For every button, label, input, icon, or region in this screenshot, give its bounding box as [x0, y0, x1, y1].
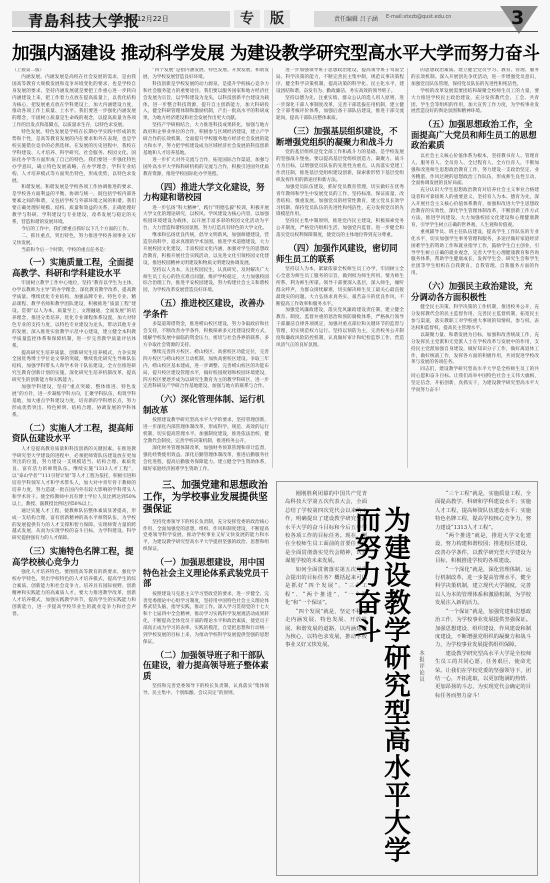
paragraph: 多渠道筹措资金，推进崂山校区建设，努力争取政府和社会支持，不断改善办学条件，积极… [143, 322, 269, 350]
subheading: （三）实施特色名牌工程，提高学校核心竞争力 [12, 546, 136, 567]
paragraph: 今后的工作中，我们要重点抓好以下几个方面的工作。 [12, 227, 136, 234]
continuation-tag: （上接第二版） [12, 68, 136, 75]
subheading: （四）推进大学文化建设，努力构建和谐校园 [143, 182, 269, 203]
paragraph: 按照建设马克思主义学习型政党的要求，进一步健全、完善党委理论中心组学习制度，坚持… [143, 592, 269, 647]
paragraph: 通过实施人才工程，使教师队伍整体素质显著提高，形成一支结构合理、富有创新精神的高… [12, 509, 136, 544]
subheading: （二）加强领导班子和干部队伍建设，着力提高领导班子整体素质 [143, 650, 269, 682]
paragraph: 当前和今后一个时期，学校的重点任务是： [12, 248, 136, 255]
paragraph: “四个发展”是指内涵发展、特色发展、开放发展、和谐发展，为学校发展营造良好环境。 [143, 68, 269, 82]
paragraph: 科技创新是学校发展的动力源泉，是提升学校核心竞争力和社会服务能力的重要途径。我们… [143, 82, 269, 123]
commentary-text-right: “三个工程”就是，实施质量工程，全面提高教学、科研和学科建设水平；实施人才工程，… [435, 490, 531, 870]
paragraph: 提高研究生培养质量，创新研究生培养模式，力争实现全国优秀博士学位论文零的突破，继… [12, 351, 136, 386]
article-column-1: （上接第二版） 内涵发展。内涵发展是高校在社会发展的需求，是由我国高等教育大规模… [12, 68, 136, 883]
paragraph: “一个保证”就是，加强党建和思想政治工作，为学校事业发展提供坚强保证。加强思想建… [435, 608, 531, 650]
commentary-title: 为建设教学研究型高水平大学而努力奋斗 [381, 506, 409, 875]
paragraph: 人才是提高教育质量和科技创新的关键因素。在推进教学研究型大学建设的进程中，必须把… [12, 447, 136, 509]
section-label-char-2: 版 [264, 10, 290, 28]
paragraph: 加强党员队伍建设，抓好党员教育管理，切实做好在优秀青年教师和学生中发展党员的工作… [276, 185, 404, 220]
paragraph: 进一步加强领导班子思想政治建设，提高领导班子驾驭全局、科学决策的能力，不断完善民… [276, 68, 404, 96]
paragraph: 强化人才培养特色。要围绕高等教育的新要求，强化学校办学特色，突出学校特色的人才培… [12, 570, 136, 618]
section-label: 专 版 [234, 10, 290, 28]
paragraph: 牢固树立教学工作中心地位，坚持“教育以学生为主体，办学以教师为主导”的办学理念，… [12, 281, 136, 350]
paragraph: 坚持党委领导下的校长负责制，充分发挥党委的政治核心作用，全面加强党的思想、组织、… [143, 520, 269, 555]
paragraph: 和谐发展。和谐发展是学校各项工作协调推进的要求，是学校各方面利益的平衡、协调与统… [12, 185, 136, 226]
subheading: （六）深化管理体制、运行机制改革 [143, 394, 269, 415]
section-label-char-1: 专 [234, 10, 260, 28]
paragraph: 同志们，建设教学研究型高水平大学是全校师生员工的共同心愿和奋斗目标。让我们高举中… [411, 367, 539, 395]
paragraph: 重视辅导员、班主任队伍建设，提高学生工作队伍的专业化水平，切实加强学生事务管理和… [411, 230, 539, 278]
subheading: （一）实施质量工程，全面提高教学、科研和学科建设水平 [12, 257, 136, 278]
responsible-editor: 责任编辑 吕子涵 [334, 14, 378, 23]
subheading: （六）加强民主政治建设，充分调动各方面积极性 [411, 281, 539, 302]
paragraph: 进一步弘扬“科大精神”，践行“明德弘毅”校训，积极开展大学文化的理论研究，以校风… [143, 206, 269, 234]
main-headline: 加强内涵建设 推动科学发展 为建设教学研究型高水平大学而努力奋斗 [12, 40, 540, 65]
paragraph: 党的基层组织是党全部工作和战斗力的基础，是学校发展的坚强战斗堡垒。要以提高基层党… [276, 150, 404, 185]
page-number: 3 [511, 7, 524, 29]
paragraph: 坚持和完善党委领导下的校长负责制，认真落实“集体领导、民主集中、个别酝酿、会议决… [143, 684, 269, 698]
subheading: （三）加强基层组织建设，不断增强党组织的凝聚力和战斗力 [276, 126, 404, 147]
column-divider [407, 68, 408, 468]
paragraph: 深化财务管理体制改革，加强财务预算管理和审计监督，强化经费使用效益。深化后勤管理… [143, 446, 269, 474]
column-divider [139, 68, 140, 883]
paragraph: 坚持以人为本，关注校园民生，认真研究、及时解决广大师生员工关心的热点难点问题，维… [143, 268, 269, 296]
paragraph: “两个推进”就是，推进大学文化建设，努力构建和谐校园；推进校区建设，改善办学条件… [435, 532, 531, 566]
subheading: （四）加强作风建设，密切同师生员工的联系 [276, 243, 404, 264]
paragraph: 坚持以德为先、注重实绩、群众公认的选人用人原则，进一步深化干部人事制度改革，完善… [276, 96, 404, 124]
paragraph: 以凝聚力量、和谐发展为目标，加强和改善统战工作，充分发挥民主党派和无党派人士在学… [411, 333, 539, 368]
paragraph: 加强党风廉政建设，落实党风廉政建设责任制，建立健全教育、制度、监督并重的惩治和预… [276, 308, 404, 349]
masthead-rule [12, 31, 538, 32]
paragraph: 继续完善四方校区、崂山校区、高密校区功能定位，完善四方校区与崂山校区互动机制，加… [143, 350, 269, 391]
issue-date: 2009年12月22日 [112, 14, 169, 24]
column-divider [272, 68, 273, 468]
subheading: （五）推进校区建设，改善办学条件 [143, 298, 269, 319]
paragraph: 以社会主义核心价值体系为根本，坚持教书育人、管理育人、服务育人、全员育人、全过程… [411, 154, 539, 189]
paragraph: 健全民主决策、科学决策的工作机制，推进校务公开，充分发挥教代会的民主监督作用，完… [411, 305, 539, 333]
paragraph: 内涵发展。内涵发展是高校在社会发展的需求，是由我国高等教育大规模发展和竞争环境变… [12, 75, 136, 130]
paragraph: “一个深化”就是，深化管理体制、运行机制改革，进一步提高管理水平，健全科学决策机… [435, 566, 531, 608]
section-heading: 三、加强党建和思想政治工作，为学校事业发展提供坚强保证 [143, 480, 269, 516]
paragraph: 充分认识大学生思想政治教育对培养社会主义事业合格建设者和可靠接班人的重要意义，坚… [411, 188, 539, 229]
article-column-4: 的思想政治素质。建立健全党员学习、教育、管理、服务的长效机制。深入开展创先争优活… [411, 68, 539, 468]
paragraph: 坚持民主集中制原则，推进党内民主建设，积极探索党务公开制度，严格党内组织生活，加… [276, 219, 404, 240]
subheading: （一）加强思想建设，用中国特色社会主义理论体系武装党员干部 [143, 557, 269, 589]
paragraph: 进一步扩大对外交流与合作，拓宽国际合作渠道，加强与国外高水平大学和科研机构的交流… [143, 158, 269, 179]
commentary-byline: 本报评论员 [417, 650, 425, 683]
paragraph: 继承和弘扬优良传统，倡导文明新风，加强师德建设，营造崇尚科学、追求真理的学术氛围… [143, 233, 269, 268]
paragraph: 按照建设教学研究型高水平大学的要求，坚持管理创新，进一步深化内部管理体制改革，形… [143, 418, 269, 446]
subheading: （二）实施人才工程，提高师资队伍建设水平 [12, 423, 136, 444]
paragraph: 坚持产学研相结合，大力推进科技成果转化，加强与地方政府和企事业单位的合作，积极参… [143, 123, 269, 158]
editorial-commentary-box: 刚刚胜利闭幕的中国共产党青岛科技大学第五次代表大会，全面总结了学校第四次党代会以… [276, 481, 538, 876]
masthead: 青島科技大学报 2009年12月22日 专 版 责任编辑 吕子涵 E-mail:… [12, 9, 538, 31]
subheading: （五）加强思想政治工作，全面提高广大党员和师生员工的思想政治素质 [411, 119, 539, 151]
paragraph: 坚持以人为本，紧紧依靠全校师生员工办学，牢固树立全心全意为师生员工服务的宗旨，做… [276, 267, 404, 308]
article-column-3: 进一步加强领导班子思想政治建设，提高领导班子驾驭全局、科学决策的能力，不断完善民… [276, 68, 404, 468]
paragraph: 特色发展。特色发展是学校在长期办学实践中形成的优势和个性，是高等教育发展的内在要… [12, 130, 136, 185]
paragraph: 二、抓住重点，突出特色，努力推进学校各项事业又好又快发展。 [12, 234, 136, 248]
article-column-2: “四个发展”是指内涵发展、特色发展、开放发展、和谐发展，为学校发展营造良好环境。… [143, 68, 269, 883]
paragraph: 建设教学研究型高水平大学是全校师生员工的共同心愿，任务艰巨，使命光荣。让我们在学… [435, 650, 531, 700]
paragraph: “三个工程”就是，实施质量工程，全面提高教学、科研和学科建设水平；实施人才工程，… [435, 490, 531, 532]
editor-email: E-mail:xtxzb@qust.edu.cn [386, 14, 451, 20]
paragraph: 学校的改革发展需要团结和凝聚全校师生员工的力量，要大力推进学校民主政治建设，充分… [411, 89, 539, 117]
paragraph: 加强学科建设，坚持“重点突破、整体推进、特色发展”的方针，进一步凝练学科方向，汇… [12, 385, 136, 420]
paragraph: 的思想政治素质。建立健全党员学习、教育、管理、服务的长效机制。深入开展创先争优活… [411, 68, 539, 89]
